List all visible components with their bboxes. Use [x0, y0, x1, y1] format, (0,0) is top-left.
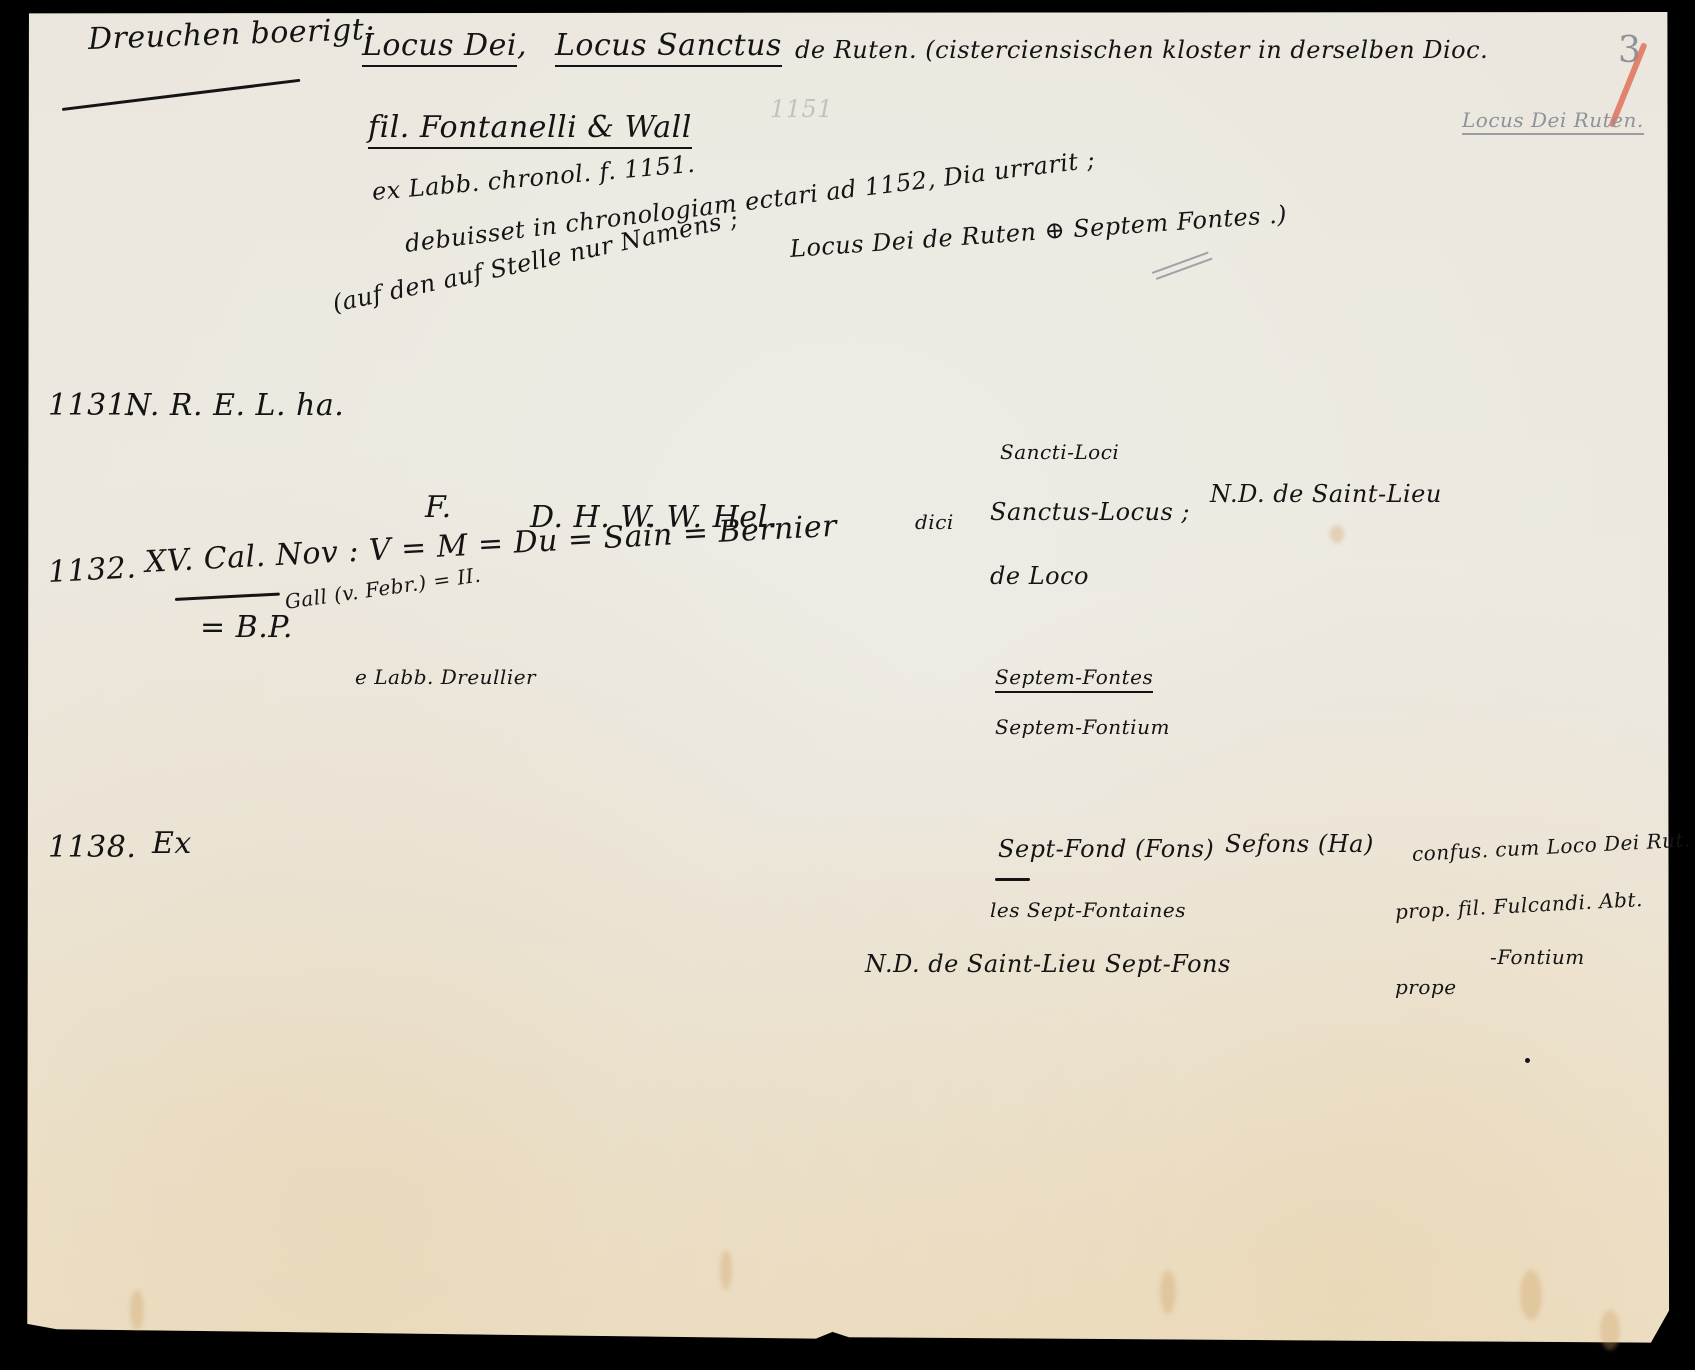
entry-1132-right-text: D. H. W. W. Hel. — [530, 500, 778, 535]
sept-fond: Sept-Fond (Fons) — [998, 835, 1214, 863]
entry-1132-year: 1132. — [47, 550, 137, 590]
foxing-stain — [1330, 525, 1344, 543]
septem-fontium: Septem-Fontium — [995, 715, 1170, 739]
dici: dici — [915, 510, 954, 534]
fontium-note: -Fontium — [1490, 945, 1585, 969]
subtitle: fil. Fontanelli & Wall — [368, 110, 692, 145]
pencil-note: Locus Dei Ruten. — [1462, 108, 1644, 132]
entry-1138-year: 1138. — [48, 830, 136, 865]
ink-dot — [1525, 1058, 1530, 1063]
faint-pencil-note: 1151 — [770, 95, 833, 123]
prope-note: prope — [1395, 975, 1457, 999]
entry-1131-year: 1131. — [48, 388, 136, 423]
foxing-stain — [130, 1290, 144, 1330]
foxing-stain — [1160, 1270, 1176, 1314]
sanctus-locus: Sanctus-Locus ; — [990, 498, 1190, 526]
sept-fond-underline — [995, 878, 1030, 881]
nd-saint-lieu: N.D. de Saint-Lieu — [1210, 480, 1442, 508]
sancti-loci: Sancti-Loci — [1000, 440, 1119, 464]
foxing-stain — [720, 1250, 732, 1290]
les-sept-fontaines: les Sept-Fontaines — [990, 898, 1186, 922]
title-locus-dei: Locus Dei, — [362, 28, 527, 63]
septem-fontes: Septem-Fontes — [995, 665, 1153, 689]
foxing-stain — [1600, 1310, 1620, 1350]
manuscript-sheet — [24, 8, 1674, 1348]
sefons: Sefons (Ha) — [1225, 830, 1374, 858]
title-rest: de Ruten. (cisterciensischen kloster in … — [795, 36, 1488, 64]
entry-1131-text: N. R. E. L. ha. — [125, 388, 344, 423]
de-loco: de Loco — [990, 562, 1089, 590]
title-locus-sanctus: Locus Sanctus — [555, 28, 782, 63]
nd-saint-lieu-sept-fons: N.D. de Saint-Lieu Sept-Fons — [865, 950, 1231, 978]
entry-1132-line2: = B.P. — [200, 610, 293, 645]
entry-1132-line3: e Labb. Dreullier — [355, 665, 536, 689]
entry-1138-text: Ex — [152, 826, 192, 861]
foxing-stain — [1520, 1270, 1542, 1320]
entry-1132-superscript: F. — [425, 490, 452, 525]
